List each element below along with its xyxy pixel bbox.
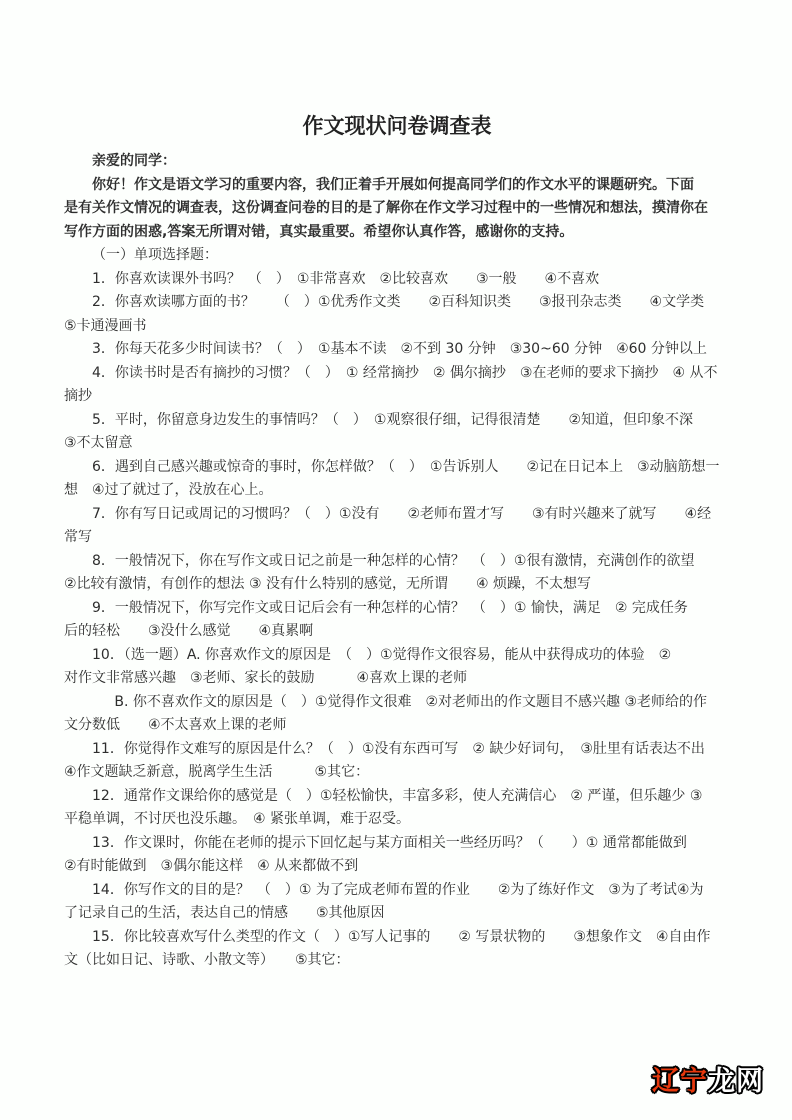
watermark-text-longwang: 龙网	[708, 1066, 764, 1097]
page-title: 作文现状问卷调查表	[64, 112, 730, 140]
question-8: 8．一般情况下，你在写作文或日记之前是一种怎样的心情？ （ ）①很有激情，充满创…	[64, 550, 730, 597]
question-4: 4．你读书时是否有摘抄的习惯？（ ） ① 经常摘抄 ② 偶尔摘抄 ③在老师的要求…	[64, 362, 730, 409]
section-heading: （一）单项选择题：	[64, 244, 730, 268]
questionnaire-page: 作文现状问卷调查表 亲爱的同学： 你好！作文是语文学习的重要内容，我们正着手开展…	[0, 0, 792, 1120]
question-3: 3．你每天花多少时间读书？（ ） ①基本不读 ②不到 30 分钟 ③30~60 …	[64, 338, 730, 362]
watermark-text-liaoning: 辽宁	[652, 1066, 708, 1097]
question-5: 5．平时，你留意身边发生的事情吗？（ ） ①观察很仔细，记得很清楚 ②知道，但印…	[64, 409, 730, 456]
question-6: 6．遇到自己感兴趣或惊奇的事时，你怎样做？（ ） ①告诉别人 ②记在日记本上 ③…	[64, 456, 730, 503]
question-9: 9．一般情况下，你写完作文或日记后会有一种怎样的心情？ （ ）① 愉快，满足 ②…	[64, 597, 730, 644]
question-10a: 10．（选一题）A. 你喜欢作文的原因是 （ ）①觉得作文很容易，能从中获得成功…	[64, 644, 730, 691]
question-14: 14．你写作文的目的是？ （ ）① 为了完成老师布置的作业 ②为了练好作文 ③为…	[64, 879, 730, 926]
question-15: 15．你比较喜欢写什么类型的作文（ ）①写人记事的 ② 写景状物的 ③想象作文 …	[64, 926, 730, 973]
question-7: 7．你有写日记或周记的习惯吗？（ ）①没有 ②老师布置才写 ③有时兴趣来了就写 …	[64, 503, 730, 550]
question-11: 11．你觉得作文难写的原因是什么？（ ）①没有东西可写 ② 缺少好词句， ③肚里…	[64, 738, 730, 785]
question-2: 2．你喜欢读哪方面的书？ （ ）①优秀作文类 ②百科知识类 ③报刊杂志类 ④文学…	[64, 291, 730, 338]
intro-paragraph: 你好！作文是语文学习的重要内容，我们正着手开展如何提高同学们的作文水平的课题研究…	[64, 174, 730, 245]
question-1: 1．你喜欢读课外书吗？ （ ） ①非常喜欢 ②比较喜欢 ③一般 ④不喜欢	[64, 268, 730, 292]
question-13: 13．作文课时，你能在老师的提示下回忆起与某方面相关一些经历吗？（ ）① 通常都…	[64, 832, 730, 879]
question-10b: B. 你不喜欢作文的原因是（ ）①觉得作文很难 ②对老师出的作文题目不感兴趣 ③…	[64, 691, 730, 738]
salutation: 亲爱的同学：	[64, 150, 730, 174]
question-12: 12．通常作文课给你的感觉是（ ）①轻松愉快，丰富多彩，使人充满信心 ② 严谨，…	[64, 785, 730, 832]
watermark-logo: 辽宁龙网	[652, 1066, 764, 1098]
